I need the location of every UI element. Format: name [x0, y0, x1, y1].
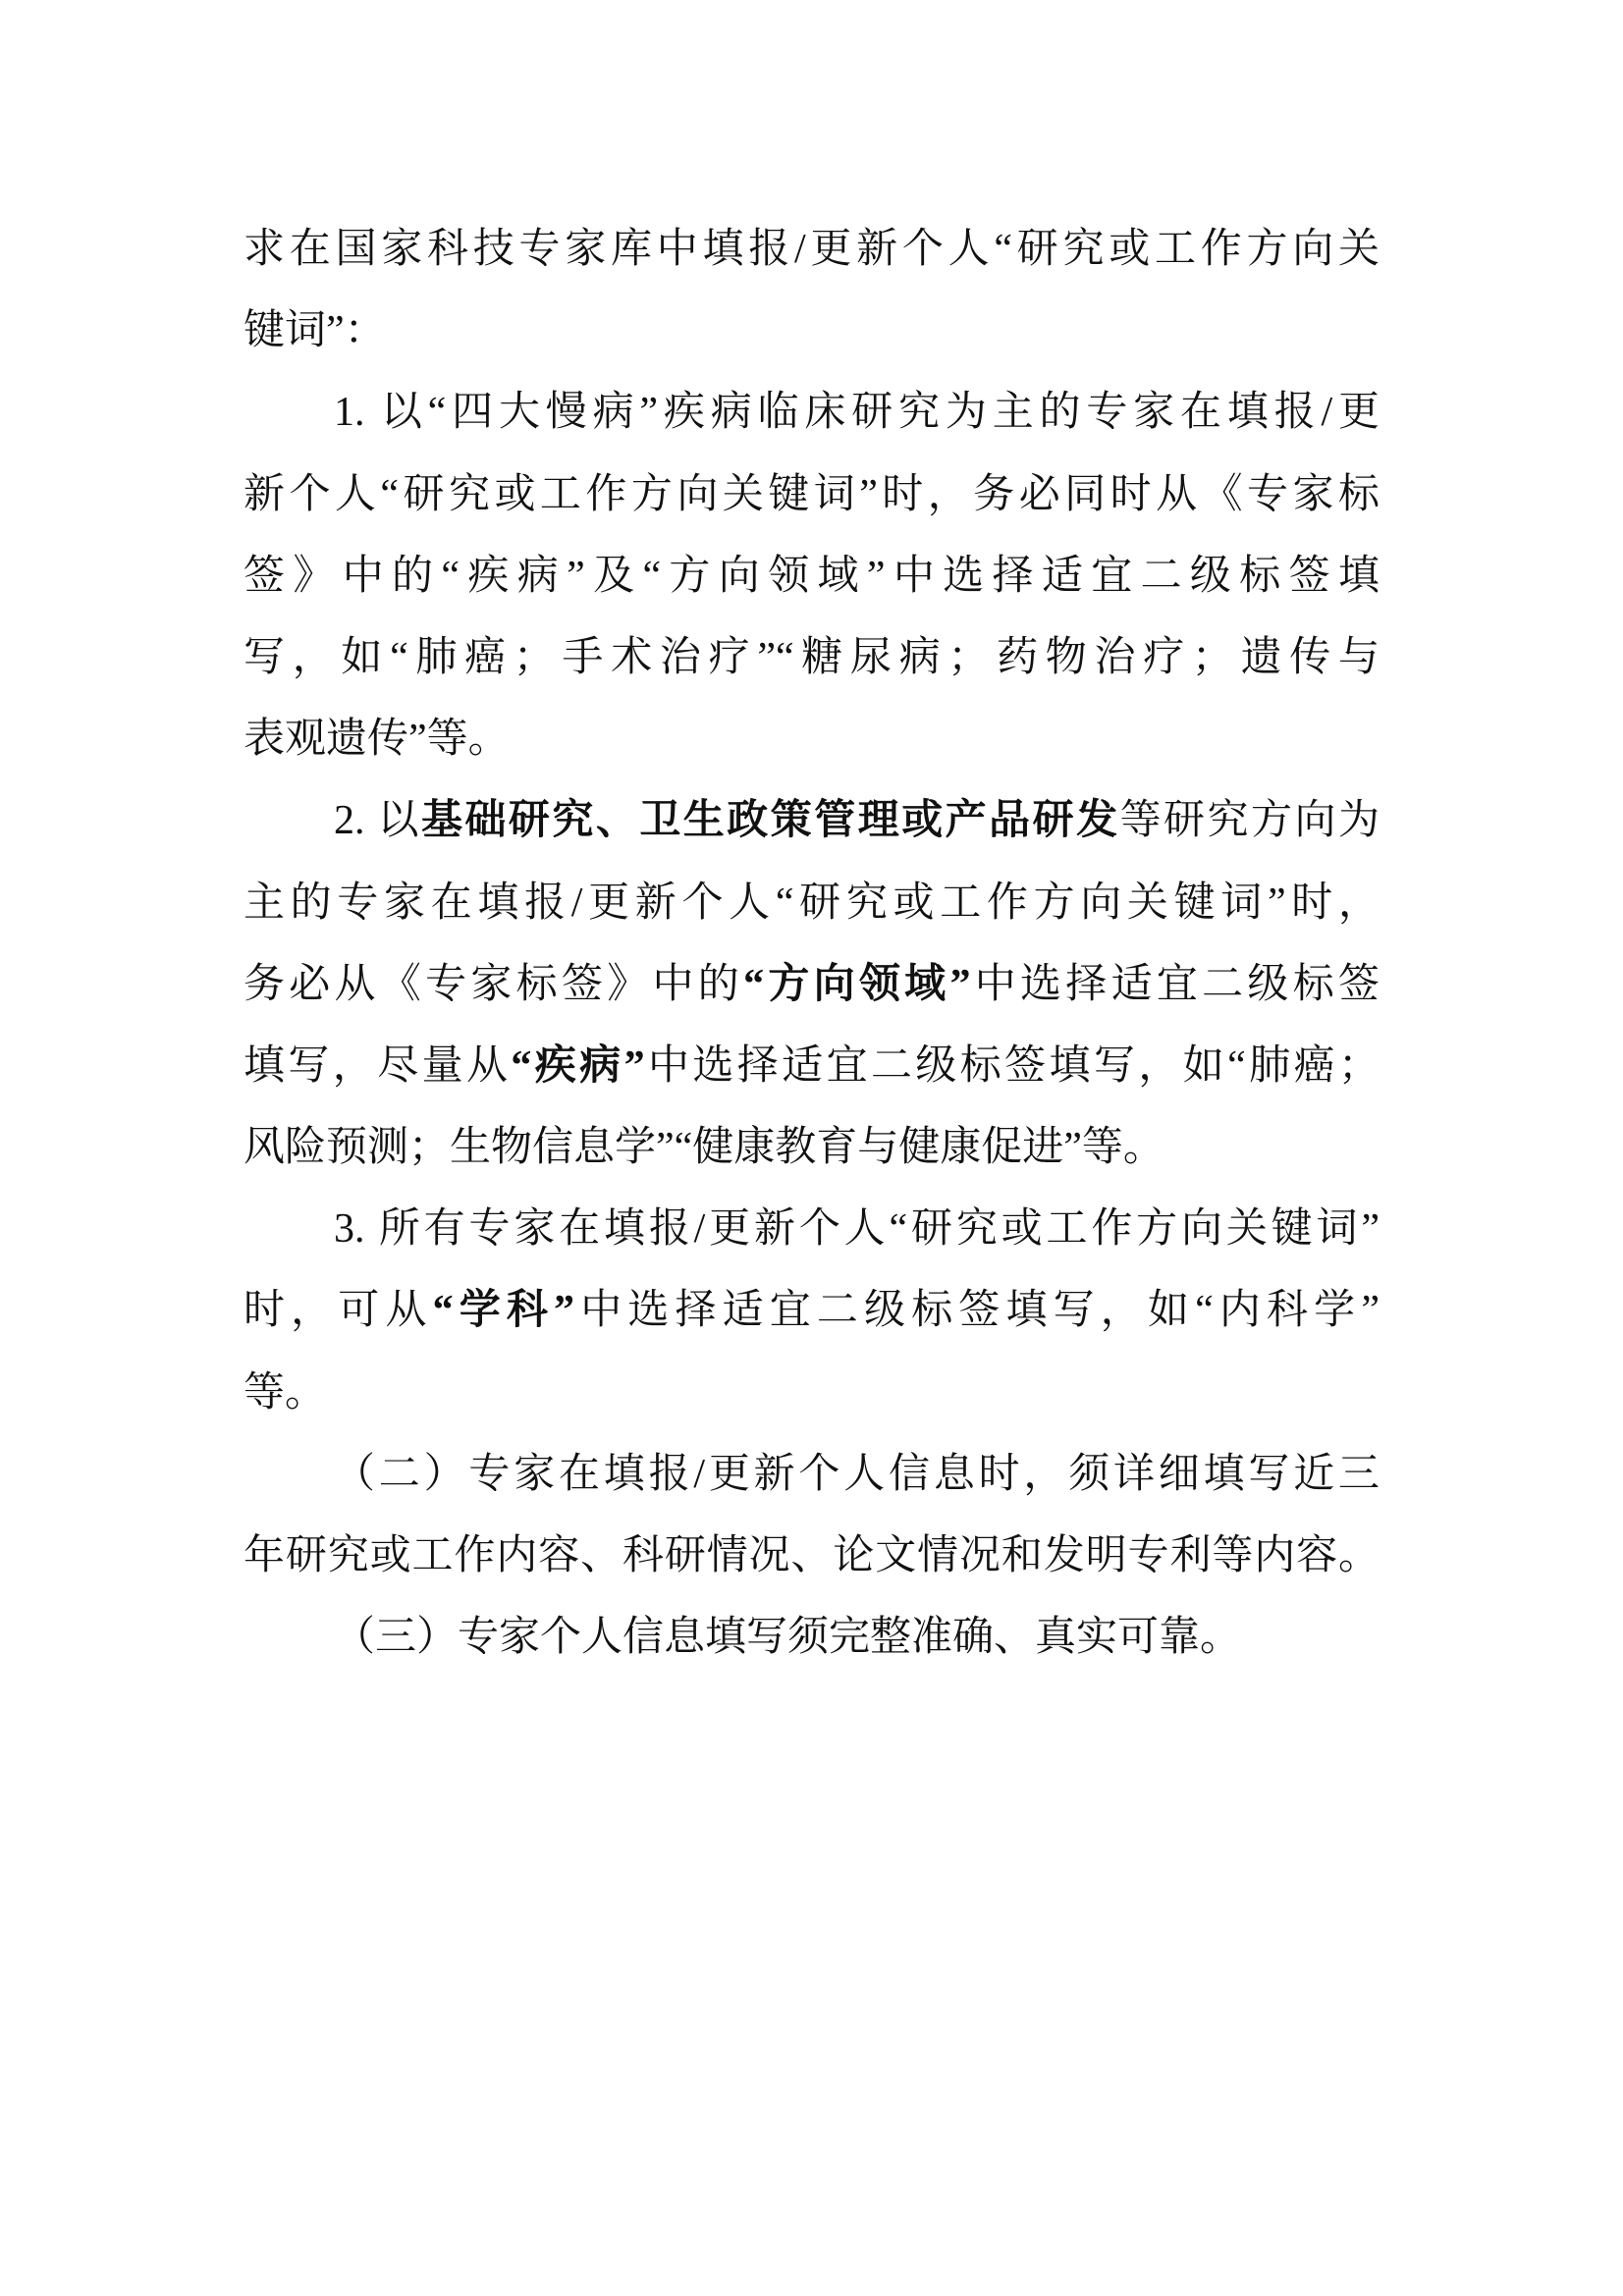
text-line-11: 填写，尽量从“疾病”中选择适宜二级标签填写，如“肺癌；: [243, 1026, 1380, 1107]
text-line-15: 等。: [243, 1353, 1380, 1434]
text-run: 2. 以: [334, 798, 421, 843]
text-run: 中选择适宜二级标签填写，如“内科学”: [574, 1288, 1380, 1333]
text-line-10: 务必从《专家标签》中的“方向领域”中选择适宜二级标签: [243, 944, 1380, 1026]
text-run: 风险预测；生物信息学”“健康教育与健康促进”等。: [243, 1125, 1164, 1170]
text-run: 等。: [243, 1370, 326, 1415]
text-run: 中选择适宜二级标签: [970, 962, 1380, 1007]
text-line-3: 1. 以“四大慢病”疾病临床研究为主的专家在填报/更: [243, 372, 1380, 454]
text-run: 求在国家科技专家库中填报/更新个人“研究或工作方向关: [243, 227, 1380, 272]
document-page: 求在国家科技专家库中填报/更新个人“研究或工作方向关键词”：1. 以“四大慢病”…: [0, 0, 1623, 2296]
text-line-6: 写，如“肺癌；手术治疗”“糖尿病；药物治疗；遗传与: [243, 617, 1380, 699]
text-block: 求在国家科技专家库中填报/更新个人“研究或工作方向关键词”：1. 以“四大慢病”…: [243, 209, 1380, 1679]
text-run: 务必从《专家标签》中的: [243, 962, 743, 1007]
text-run: 主的专家在填报/更新个人“研究或工作方向关键词”时，: [243, 881, 1380, 926]
text-line-14: 时，可从“学科”中选择适宜二级标签填写，如“内科学”: [243, 1270, 1380, 1352]
bold-text-run: “学科”: [433, 1288, 574, 1333]
text-line-7: 表观遗传”等。: [243, 699, 1380, 780]
text-line-5: 签》中的“疾病”及“方向领域”中选择适宜二级标签填: [243, 536, 1380, 617]
text-run: 键词”：: [243, 308, 386, 353]
text-line-4: 新个人“研究或工作方向关键词”时，务必同时从《专家标: [243, 454, 1380, 536]
text-run: （二）专家在填报/更新个人信息时，须详细填写近三: [334, 1452, 1380, 1497]
text-run: 中选择适宜二级标签填写，如“肺癌；: [645, 1043, 1380, 1089]
bold-text-run: “疾病”: [511, 1043, 644, 1089]
text-run: 表观遗传”等。: [243, 717, 510, 762]
bold-text-run: 基础研究、卫生政策管理或产品研发: [421, 798, 1120, 843]
text-line-8: 2. 以基础研究、卫生政策管理或产品研发等研究方向为: [243, 780, 1380, 862]
text-run: 写，如“肺癌；手术治疗”“糖尿病；药物治疗；遗传与: [243, 635, 1380, 680]
text-run: 等研究方向为: [1120, 798, 1380, 843]
text-run: 1. 以“四大慢病”疾病临床研究为主的专家在填报/更: [334, 390, 1380, 435]
text-run: （三）专家个人信息填写须完整准确、真实可靠。: [334, 1615, 1241, 1660]
text-run: 填写，尽量从: [243, 1043, 511, 1089]
text-run: 年研究或工作内容、科研情况、论文情况和发明专利等内容。: [243, 1533, 1380, 1578]
text-run: 签》中的“疾病”及“方向领域”中选择适宜二级标签填: [243, 554, 1380, 599]
text-line-16: （二）专家在填报/更新个人信息时，须详细填写近三: [243, 1434, 1380, 1516]
bold-text-run: “方向领域”: [743, 962, 970, 1007]
text-line-9: 主的专家在填报/更新个人“研究或工作方向关键词”时，: [243, 863, 1380, 944]
text-run: 时，可从: [243, 1288, 433, 1333]
text-run: 3. 所有专家在填报/更新个人“研究或工作方向关键词”: [334, 1206, 1380, 1252]
text-run: 新个人“研究或工作方向关键词”时，务必同时从《专家标: [243, 472, 1380, 517]
text-line-1: 求在国家科技专家库中填报/更新个人“研究或工作方向关: [243, 209, 1380, 291]
text-line-13: 3. 所有专家在填报/更新个人“研究或工作方向关键词”: [243, 1189, 1380, 1270]
text-line-2: 键词”：: [243, 291, 1380, 372]
text-line-18: （三）专家个人信息填写须完整准确、真实可靠。: [243, 1597, 1380, 1679]
text-line-17: 年研究或工作内容、科研情况、论文情况和发明专利等内容。: [243, 1516, 1380, 1597]
text-line-12: 风险预测；生物信息学”“健康教育与健康促进”等。: [243, 1107, 1380, 1189]
